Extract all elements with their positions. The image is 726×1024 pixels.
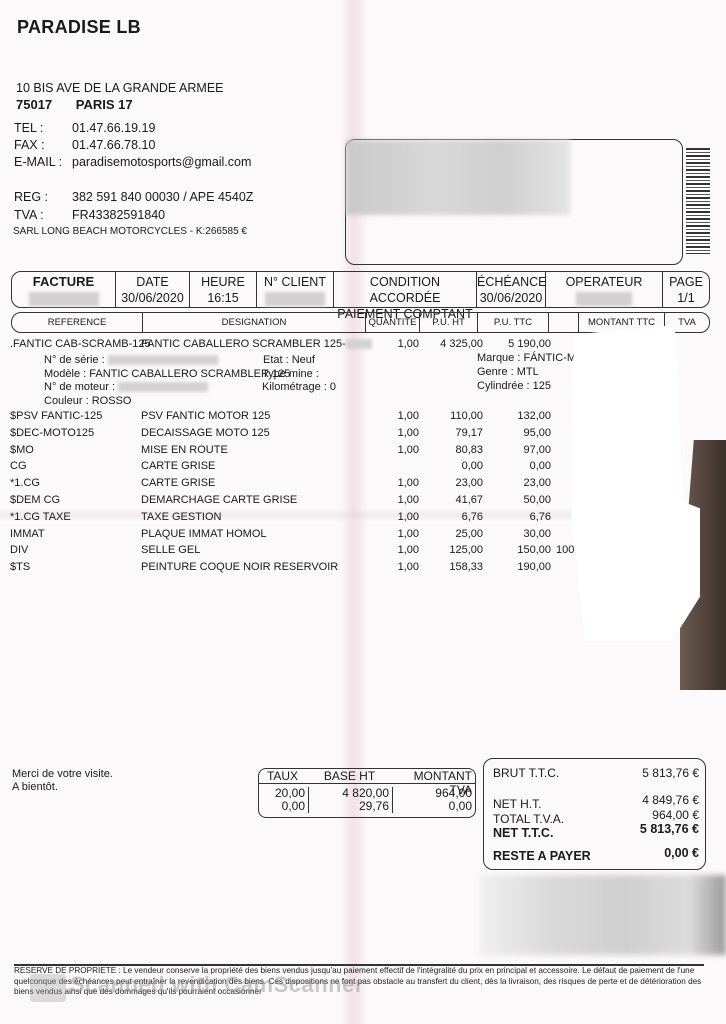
item-designation: DEMARCHAGE CARTE GRISE [141, 494, 297, 506]
facture-cell: FACTURE [12, 272, 116, 307]
redacted-invoice-number [29, 292, 99, 306]
item-pu-ttc: 95,00 [497, 427, 551, 439]
condition-label: CONDITION ACCORDÉE [334, 274, 476, 306]
item-pu-ttc: 23,00 [497, 477, 551, 489]
item-designation: PSV FANTIC MOTOR 125 [141, 410, 270, 422]
totals-box: BRUT T.T.C. 5 813,76 € NET H.T. 4 849,76… [483, 758, 706, 870]
echeance-value: 30/06/2020 [480, 291, 543, 305]
net-ttc-value: 5 813,76 € [640, 822, 699, 840]
col-pu-ht: P.U. HT [420, 313, 478, 332]
folded-paper-corner [560, 325, 700, 641]
item-pu-ht: 158,33 [430, 561, 483, 573]
item-reference: $DEM CG [10, 494, 60, 506]
main-item-pu-ttc: 5 190,00 [497, 338, 551, 350]
type-mine: Type mine : [262, 368, 319, 380]
main-item-quantite: 1,00 [395, 338, 419, 350]
kilometrage: Kilométrage : 0 [262, 381, 336, 393]
item-pu-ttc: 0,00 [497, 460, 551, 472]
col-empty [549, 313, 579, 332]
reg-value: 382 591 840 00030 / APE 4540Z [72, 190, 253, 204]
col-reference: REFERENCE [12, 313, 143, 332]
etat: Etat : Neuf [263, 354, 315, 366]
tva-table-header: TAUX BASE HT MONTANT TVA [259, 769, 475, 784]
redacted-stamp-area [480, 875, 726, 955]
item-pu-ttc: 30,00 [497, 528, 551, 540]
item-pu-ttc: 150,00 [497, 544, 551, 556]
item-designation: MISE EN ROUTE [141, 444, 228, 456]
tva-rate: 0,00 [259, 800, 309, 813]
tva-value: FR43382591840 [72, 208, 165, 222]
reste-label: RESTE A PAYER [493, 846, 591, 863]
legal-entity: SARL LONG BEACH MOTORCYCLES - K:266585 € [13, 226, 247, 237]
camscanner-logo-icon [30, 974, 66, 1002]
engine-number: N° de moteur : [44, 381, 208, 393]
col-quantite: QUANTITE [366, 313, 420, 332]
reg-label: REG : [14, 190, 72, 204]
client-cell: N° CLIENT [257, 272, 334, 307]
client-label: N° CLIENT [257, 274, 333, 290]
item-designation: CARTE GRISE [141, 477, 215, 489]
item-designation: PLAQUE IMMAT HOMOL [141, 528, 267, 540]
serial-label: N° de série : [44, 354, 105, 366]
couleur: Couleur : ROSSO [44, 395, 131, 407]
item-pu-ttc: 50,00 [497, 494, 551, 506]
item-reference: DIV [10, 544, 28, 556]
fax-value: 01.47.66.78.10 [72, 138, 155, 152]
heure-value: 16:15 [207, 291, 238, 305]
item-quantite: 1,00 [395, 410, 419, 422]
echeance-cell: ÉCHÉANCE 30/06/2020 [477, 272, 546, 307]
email-value: paradisemotosports@gmail.com [72, 155, 251, 169]
city: PARIS 17 [76, 97, 133, 112]
net-ttc-label: NET T.T.C. [493, 822, 553, 840]
page-cell: PAGE 1/1 [663, 272, 709, 307]
item-pu-ttc: 190,00 [497, 561, 551, 573]
redacted-engine [118, 382, 208, 392]
item-quantite: 1,00 [395, 561, 419, 573]
main-item-designation-text: FANTIC CABALLERO SCRAMBLER 125- [141, 338, 346, 350]
item-reference: *1.CG [10, 477, 40, 489]
item-pu-ttc: 6,76 [497, 511, 551, 523]
brut-ttc-value: 5 813,76 € [642, 766, 699, 780]
item-reference: $TS [10, 561, 30, 573]
item-reference: *1.CG TAXE [10, 511, 71, 523]
postal-code: 75017 [16, 97, 52, 112]
item-designation: PEINTURE COQUE NOIR RESERVOIR [141, 561, 338, 573]
operateur-cell: OPERATEUR [546, 272, 663, 307]
date-label: DATE [116, 274, 189, 290]
tva-label: TVA : [14, 208, 72, 222]
genre: Genre : MTL [477, 366, 539, 378]
item-pu-ht: 6,76 [430, 511, 483, 523]
reste-value: 0,00 € [664, 846, 699, 863]
company-city-line: 75017 PARIS 17 [16, 97, 133, 112]
reste-a-payer-row: RESTE A PAYER 0,00 € [493, 846, 699, 863]
date-value: 30/06/2020 [121, 291, 184, 305]
item-reference: CG [10, 460, 27, 472]
item-pu-ht: 0,00 [430, 460, 483, 472]
item-pu-ht: 79,17 [430, 427, 483, 439]
email-label: E-MAIL : [14, 155, 72, 169]
brut-ttc-row: BRUT T.T.C. 5 813,76 € [493, 766, 699, 780]
tva-header-taux: TAUX [259, 769, 309, 783]
item-pu-ht: 125,00 [430, 544, 483, 556]
main-item-reference: .FANTIC CAB-SCRAMB-125 [10, 338, 151, 350]
item-pu-ht: 110,00 [430, 410, 483, 422]
redacted-serial [108, 355, 218, 365]
tva-amount: 0,00 [393, 800, 475, 813]
item-designation: CARTE GRISE [141, 460, 215, 472]
item-reference: IMMAT [10, 528, 45, 540]
barcode-icon [686, 148, 710, 254]
item-quantite: 1,00 [395, 511, 419, 523]
item-designation: TAXE GESTION [141, 511, 221, 523]
main-item-pu-ht: 4 325,00 [430, 338, 483, 350]
company-reg: REG :382 591 840 00030 / APE 4540Z [14, 190, 253, 204]
tva-row: 0,00 29,76 0,00 [259, 800, 475, 813]
condition-cell: CONDITION ACCORDÉE PAIEMENT COMPTANT [334, 272, 477, 307]
company-tel: TEL :01.47.66.19.19 [14, 121, 155, 135]
main-item-designation: FANTIC CABALLERO SCRAMBLER 125- [141, 338, 372, 350]
item-pu-ttc: 97,00 [497, 444, 551, 456]
redacted-client-number [265, 292, 325, 306]
redacted-operator [576, 292, 632, 306]
col-pu-ttc: P.U. TTC [478, 313, 549, 332]
company-name: PARADISE LB [17, 17, 141, 38]
tva-header-base-ht: BASE HT [309, 769, 393, 783]
col-designation: DESIGNATION [143, 313, 366, 332]
item-quantite: 1,00 [395, 494, 419, 506]
brut-ttc-label: BRUT T.T.C. [493, 766, 559, 780]
item-designation: SELLE GEL [141, 544, 200, 556]
item-designation: DECAISSAGE MOTO 125 [141, 427, 270, 439]
company-email: E-MAIL :paradisemotosports@gmail.com [14, 155, 251, 169]
facture-label: FACTURE [12, 274, 115, 290]
line-items-header: REFERENCE DESIGNATION QUANTITE P.U. HT P… [11, 312, 710, 333]
company-fax: FAX :01.47.66.78.10 [14, 138, 155, 152]
thanks-line-1: Merci de votre visite. [12, 768, 113, 781]
page-label: PAGE [663, 274, 709, 290]
thanks-line-2: A bientôt. [12, 781, 113, 794]
tva-base: 29,76 [309, 800, 393, 813]
tel-label: TEL : [14, 121, 72, 135]
redacted-variant [346, 339, 372, 349]
item-quantite: 1,00 [395, 477, 419, 489]
tva-summary-table: TAUX BASE HT MONTANT TVA 20,00 4 820,00 … [258, 768, 476, 818]
company-tva: TVA :FR43382591840 [14, 208, 165, 222]
moteur-label: N° de moteur : [44, 381, 115, 393]
modele: Modèle : FANTIC CABALLERO SCRAMBLER 125 [44, 368, 290, 380]
item-quantite: 1,00 [395, 444, 419, 456]
operateur-label: OPERATEUR [546, 274, 662, 290]
item-pu-ttc: 132,00 [497, 410, 551, 422]
fax-label: FAX : [14, 138, 72, 152]
tva-header-montant: MONTANT TVA [393, 769, 475, 783]
scanner-watermark: Scanned with CamScanner [70, 972, 430, 1002]
heure-label: HEURE [190, 274, 256, 290]
item-pu-ht: 41,67 [430, 494, 483, 506]
item-pu-ht: 23,00 [430, 477, 483, 489]
item-pu-ht: 25,00 [430, 528, 483, 540]
redacted-client-address [346, 140, 570, 215]
item-reference: $PSV FANTIC-125 [10, 410, 102, 422]
item-pu-ht: 80,83 [430, 444, 483, 456]
item-quantite: 1,00 [395, 427, 419, 439]
heure-cell: HEURE 16:15 [190, 272, 257, 307]
echeance-label: ÉCHÉANCE [477, 274, 545, 290]
cylindree: Cylindrée : 125 [477, 380, 551, 392]
item-quantite: 1,00 [395, 528, 419, 540]
net-ttc-row: NET T.T.C. 5 813,76 € [493, 822, 699, 840]
page-value: 1/1 [677, 291, 694, 305]
item-reference: $DEC-MOTO125 [10, 427, 94, 439]
company-address: 10 BIS AVE DE LA GRANDE ARMEE [16, 81, 224, 95]
thanks-message: Merci de votre visite. A bientôt. [12, 768, 113, 794]
tel-value: 01.47.66.19.19 [72, 121, 155, 135]
date-cell: DATE 30/06/2020 [116, 272, 190, 307]
item-quantite: 1,00 [395, 544, 419, 556]
invoice-header-table: FACTURE DATE 30/06/2020 HEURE 16:15 N° C… [11, 271, 710, 308]
item-reference: $MO [10, 444, 34, 456]
serial-number: N° de série : [44, 354, 218, 366]
